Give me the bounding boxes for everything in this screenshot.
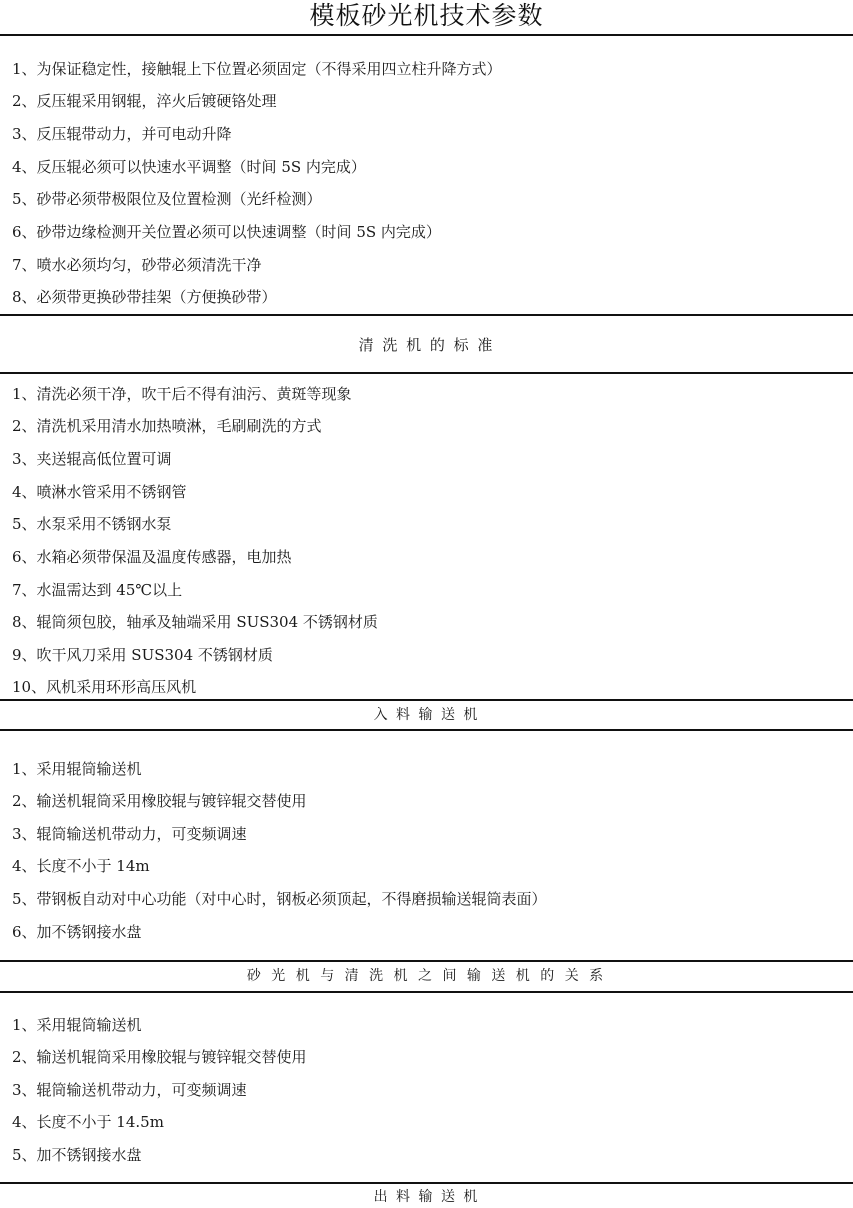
list-item: 2、清洗机采用清水加热喷淋，毛刷刷洗的方式 (12, 416, 322, 436)
list-item: 1、为保证稳定性，接触辊上下位置必须固定（不得采用四立柱升降方式） (12, 59, 502, 79)
list-item: 4、长度不小于 14.5m (12, 1112, 164, 1132)
list-item: 2、反压辊采用钢辊，淬火后镀硬铬处理 (12, 91, 277, 111)
list-item: 5、水泵采用不锈钢水泵 (12, 514, 172, 534)
list-item: 3、辊筒输送机带动力，可变频调速 (12, 824, 247, 844)
list-item: 7、水温需达到 45℃以上 (12, 580, 182, 600)
list-item: 4、反压辊必须可以快速水平调整（时间 5S 内完成） (12, 157, 366, 177)
section-divider (0, 372, 853, 374)
list-item: 3、夹送辊高低位置可调 (12, 449, 172, 469)
list-item: 8、必须带更换砂带挂架（方便换砂带） (12, 287, 277, 307)
list-item: 4、喷淋水管采用不锈钢管 (12, 482, 187, 502)
section-divider (0, 729, 853, 731)
list-item: 6、砂带边缘检测开关位置必须可以快速调整（时间 5S 内完成） (12, 222, 441, 242)
section-header-cleaning: 清 洗 机 的 标 准 (0, 333, 853, 357)
section-divider (0, 314, 853, 316)
list-item: 2、输送机辊筒采用橡胶辊与镀锌辊交替使用 (12, 791, 307, 811)
section-divider (0, 699, 853, 701)
list-item: 6、加不锈钢接水盘 (12, 922, 142, 942)
list-item: 9、吹干风刀采用 SUS304 不锈钢材质 (12, 645, 273, 665)
list-item: 2、输送机辊筒采用橡胶辊与镀锌辊交替使用 (12, 1047, 307, 1067)
section-divider (0, 991, 853, 993)
section-header-intermediate-conveyor: 砂 光 机 与 清 洗 机 之 间 输 送 机 的 关 系 (0, 965, 853, 987)
list-item: 1、采用辊筒输送机 (12, 759, 142, 779)
list-item: 5、砂带必须带极限位及位置检测（光纤检测） (12, 189, 322, 209)
list-item: 10、风机采用环形高压风机 (12, 677, 196, 697)
section-header-infeed: 入 料 输 送 机 (0, 704, 853, 726)
list-item: 4、长度不小于 14m (12, 856, 150, 876)
section-header-outfeed: 出 料 输 送 机 (0, 1186, 853, 1208)
list-item: 5、带钢板自动对中心功能（对中心时，钢板必须顶起，不得磨损输送辊筒表面） (12, 889, 547, 909)
list-item: 3、反压辊带动力，并可电动升降 (12, 124, 232, 144)
list-item: 7、喷水必须均匀，砂带必须清洗干净 (12, 255, 262, 275)
section-divider (0, 960, 853, 962)
list-item: 1、清洗必须干净，吹干后不得有油污、黄斑等现象 (12, 384, 352, 404)
title-divider (0, 34, 853, 36)
list-item: 3、辊筒输送机带动力，可变频调速 (12, 1080, 247, 1100)
list-item: 5、加不锈钢接水盘 (12, 1145, 142, 1165)
section-divider (0, 1182, 853, 1184)
document-title: 模板砂光机技术参数 (0, 0, 853, 34)
list-item: 6、水箱必须带保温及温度传感器，电加热 (12, 547, 292, 567)
list-item: 8、辊筒须包胶，轴承及轴端采用 SUS304 不锈钢材质 (12, 612, 378, 632)
list-item: 1、采用辊筒输送机 (12, 1015, 142, 1035)
